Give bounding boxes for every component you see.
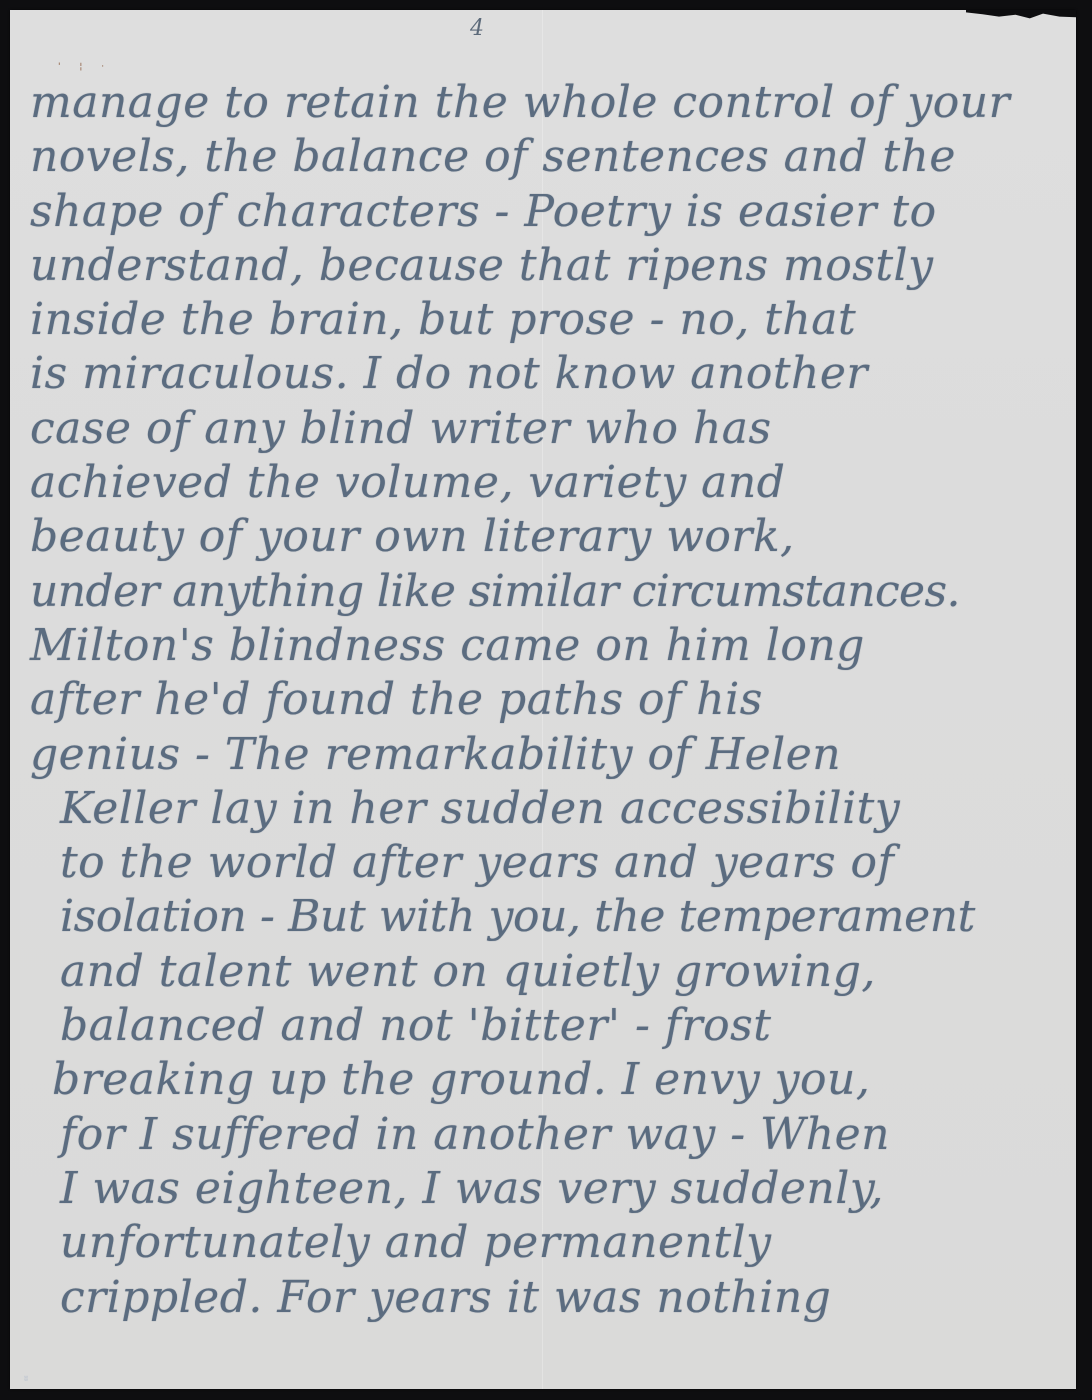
text-line: balanced and not 'bitter' - frost: [30, 999, 1070, 1053]
text-line: after he'd found the paths of his: [30, 673, 1070, 727]
text-line: unfortunately and permanently: [30, 1216, 1070, 1270]
handwritten-text: manage to retain the whole control of yo…: [30, 76, 1070, 1325]
letter-page: ' ¦ · 4 manage to retain the whole contr…: [10, 10, 1076, 1389]
text-line: genius - The remarkability of Helen: [30, 728, 1070, 782]
text-line: crippled. For years it was nothing: [30, 1271, 1070, 1325]
text-line: for I suffered in another way - When: [30, 1108, 1070, 1162]
text-line: novels, the balance of sentences and the: [30, 130, 1070, 184]
text-line: beauty of your own literary work,: [30, 510, 1070, 564]
text-line: shape of characters - Poetry is easier t…: [30, 185, 1070, 239]
archive-mark: ʬ: [24, 1374, 28, 1383]
text-line: under anything like similar circumstance…: [30, 565, 1070, 619]
text-line: breaking up the ground. I envy you,: [30, 1053, 1070, 1107]
text-line: isolation - But with you, the temperamen…: [30, 890, 1070, 944]
text-line: understand, because that ripens mostly: [30, 239, 1070, 293]
text-line: case of any blind writer who has: [30, 402, 1070, 456]
text-line: is miraculous. I do not know another: [30, 347, 1070, 401]
text-line: Keller lay in her sudden accessibility: [30, 782, 1070, 836]
paper-specks: ' ¦ ·: [58, 62, 112, 72]
text-line: achieved the volume, variety and: [30, 456, 1070, 510]
page-number: 4: [470, 16, 484, 41]
text-line: to the world after years and years of: [30, 836, 1070, 890]
text-line: I was eighteen, I was very suddenly,: [30, 1162, 1070, 1216]
text-line: manage to retain the whole control of yo…: [30, 76, 1070, 130]
text-line: and talent went on quietly growing,: [30, 945, 1070, 999]
torn-corner: [966, 10, 1076, 22]
text-line: Milton's blindness came on him long: [30, 619, 1070, 673]
text-line: inside the brain, but prose - no, that: [30, 293, 1070, 347]
